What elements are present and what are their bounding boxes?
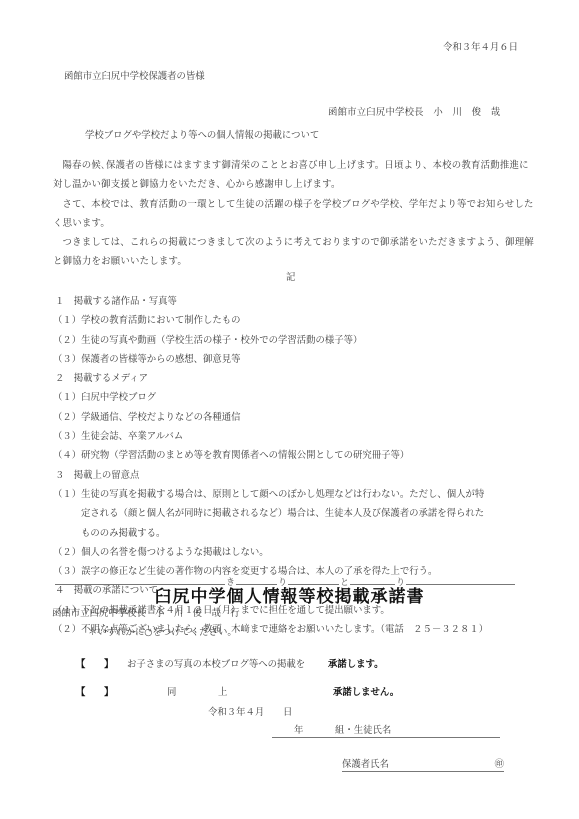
paragraph-request: つきましては、これらの掲載につきまして次のように考えておりますので御承諾をいただ… — [53, 233, 538, 272]
paragraph-greeting: 陽春の候､保護者の皆様にはますます御清栄のこととお喜び申し上げます。日頃より、本… — [53, 156, 538, 195]
list-item: （２）生徒の写真や動画（学校生活の様子・校外での学習活動の様子等） — [53, 331, 543, 350]
list-item: （１）学校の教育活動において制作したもの — [53, 311, 543, 330]
checkbox-bracket[interactable]: 【 】 — [76, 660, 114, 669]
ki-heading: 記 — [286, 273, 295, 282]
option-label-same: 同 — [117, 688, 215, 697]
form-recipient: 函館市立臼尻中学校長 小 川 俊 哉 行 — [52, 609, 240, 618]
student-name-field[interactable]: 年 組・生徒氏名 — [272, 726, 500, 738]
list-item-continued: もののみ掲載する。 — [53, 524, 543, 543]
list-item: （４）研究物（学習活動のまとめ等を教育関係者への情報公開としての研究冊子等） — [53, 446, 543, 465]
list-item: （２）学級通信、学校だよりなどの各種通信 — [53, 408, 543, 427]
guardian-name-field[interactable]: 保護者氏名 ㊞ — [342, 760, 504, 772]
addressee: 函館市立臼尻中学校保護者の皆様 — [64, 72, 205, 81]
option-label: お子さまの写真の本校ブログ等への掲載を — [117, 660, 325, 669]
option-choice: 承諾します。 — [328, 659, 384, 670]
list-item: （２）個人の名誉を傷つけるような掲載はしない。 — [53, 543, 543, 562]
guardian-label: 保護者氏名 — [342, 759, 389, 770]
consent-option-agree[interactable]: 【 】 お子さまの写真の本校ブログ等への掲載を 承諾します。 — [76, 660, 383, 669]
list-item: （１）生徒の写真を掲載する場合は、原則として顔へのぼかし処理などは行わない。ただ… — [53, 485, 543, 504]
seal-icon: ㊞ — [495, 760, 504, 769]
list-item: （１）臼尻中学校ブログ — [53, 388, 543, 407]
form-instruction: ＊いずれかに○をつけてください。 — [88, 628, 237, 637]
list-item: （３）誤字の修正など生徒の著作物の内容を変更する場合は、本人の了承を得た上で行う… — [53, 562, 543, 581]
form-title: 臼尻中学個人情報等校掲載承諾書 — [0, 589, 579, 606]
section-heading: １ 掲載する諸作品・写真等 — [53, 292, 543, 311]
section-heading: ２ 掲載するメディア — [53, 369, 543, 388]
list-item: （３）生徒会誌、卒業アルバム — [53, 427, 543, 446]
subject: 学校ブログや学校だより等への個人情報の掲載について — [85, 131, 319, 140]
list-item: （３）保護者の皆様等からの感想、御意見等 — [53, 350, 543, 369]
paragraph-purpose: さて、本校では、教育活動の一環として生徒の活躍の様子を学校ブログや学校、学年だよ… — [53, 195, 538, 234]
consent-option-decline[interactable]: 【 】 同 上 承諾しません。 — [76, 688, 399, 697]
section-heading: ３ 掲載上の留意点 — [53, 466, 543, 485]
letter-date: 令和３年４月６日 — [443, 43, 518, 52]
grade-label: 年 — [272, 726, 332, 735]
class-student-label: 組・生徒氏名 — [335, 726, 391, 735]
checkbox-bracket[interactable]: 【 】 — [76, 688, 114, 697]
list-item-continued: 定される（顔と個人名が同時に掲載されるなど）場合は、生徒本人及び保護者の承諾を得… — [53, 504, 543, 523]
option-label-above: 上 — [218, 688, 330, 697]
sender: 函館市立臼尻中学校長 小 川 俊 哉 — [328, 108, 500, 117]
form-date: 令和３年４月 日 — [208, 708, 292, 717]
option-choice: 承諾しません。 — [333, 687, 399, 698]
letter-body: 陽春の候､保護者の皆様にはますます御清栄のこととお喜び申し上げます。日頃より、本… — [53, 156, 538, 272]
